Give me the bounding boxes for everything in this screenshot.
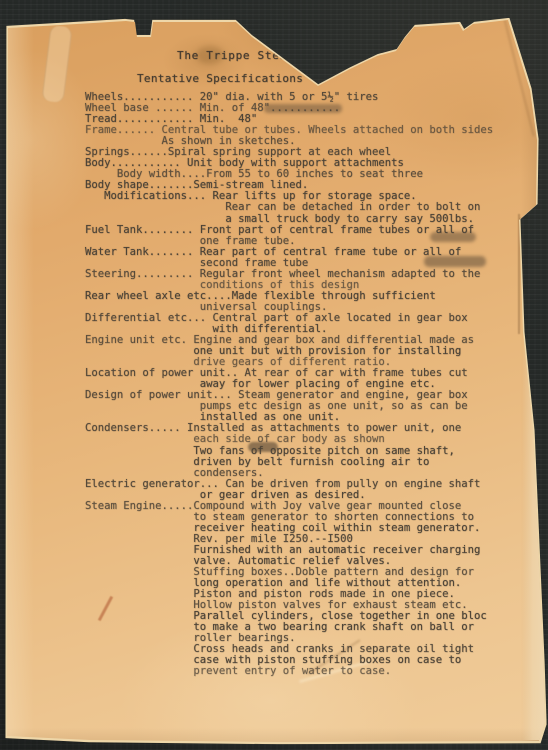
spec-line: Location of power unit.. At rear of car …	[85, 368, 545, 379]
spec-line: a small truck body to carry say 500lbs.	[85, 214, 545, 225]
spec-line: Differential etc... Central part of axle…	[85, 313, 545, 324]
spec-line: to steam generator to shorten connection…	[85, 512, 545, 523]
photo-backdrop: The Trippe Steam Tentative Specification…	[0, 0, 548, 750]
spec-line: Body width....From 55 to 60 inches to se…	[85, 169, 545, 180]
spec-line: driven by belt furnish cooling air to	[85, 457, 545, 468]
typewritten-text: The Trippe Steam Tentative Specification…	[0, 0, 548, 750]
spec-line: Engine unit etc. Engine and gear box and…	[85, 335, 545, 346]
page-title: The Trippe Steam	[177, 49, 294, 62]
spec-line: conditions of this design	[85, 280, 545, 291]
spec-line: one frame tube.	[85, 236, 545, 247]
spec-line: prevent entry of water to case.	[85, 666, 545, 677]
spec-line: Rev. per mile I250.--I500	[85, 534, 545, 545]
spec-line: Springs......Spiral spring support at ea…	[85, 147, 545, 158]
spec-line: Hollow piston valves for exhaust steam e…	[85, 600, 545, 611]
spec-line: Cross heads and cranks in separate oil t…	[85, 644, 545, 655]
spec-line: each side of car body as shown	[85, 434, 545, 445]
spec-line: Rear can be detached in order to bolt on	[85, 202, 545, 213]
spec-lines: Wheels........... 20" dia. with 5 or 5½"…	[85, 92, 545, 677]
spec-line: Wheel base ...... Min. of 48"...........	[85, 103, 545, 114]
spec-line: Electric generator... Can be driven from…	[85, 479, 545, 490]
spec-line: Stuffing boxes..Doble pattern and design…	[85, 567, 545, 578]
spec-line: condensers.	[85, 468, 545, 479]
page-subtitle: Tentative Specifications	[137, 72, 303, 85]
spec-line: Two fans of opposite pitch on same shaft…	[85, 446, 545, 457]
spec-line: pumps etc design as one unit, so as can …	[85, 401, 545, 412]
spec-line: Fuel Tank........ Front part of central …	[85, 225, 545, 236]
